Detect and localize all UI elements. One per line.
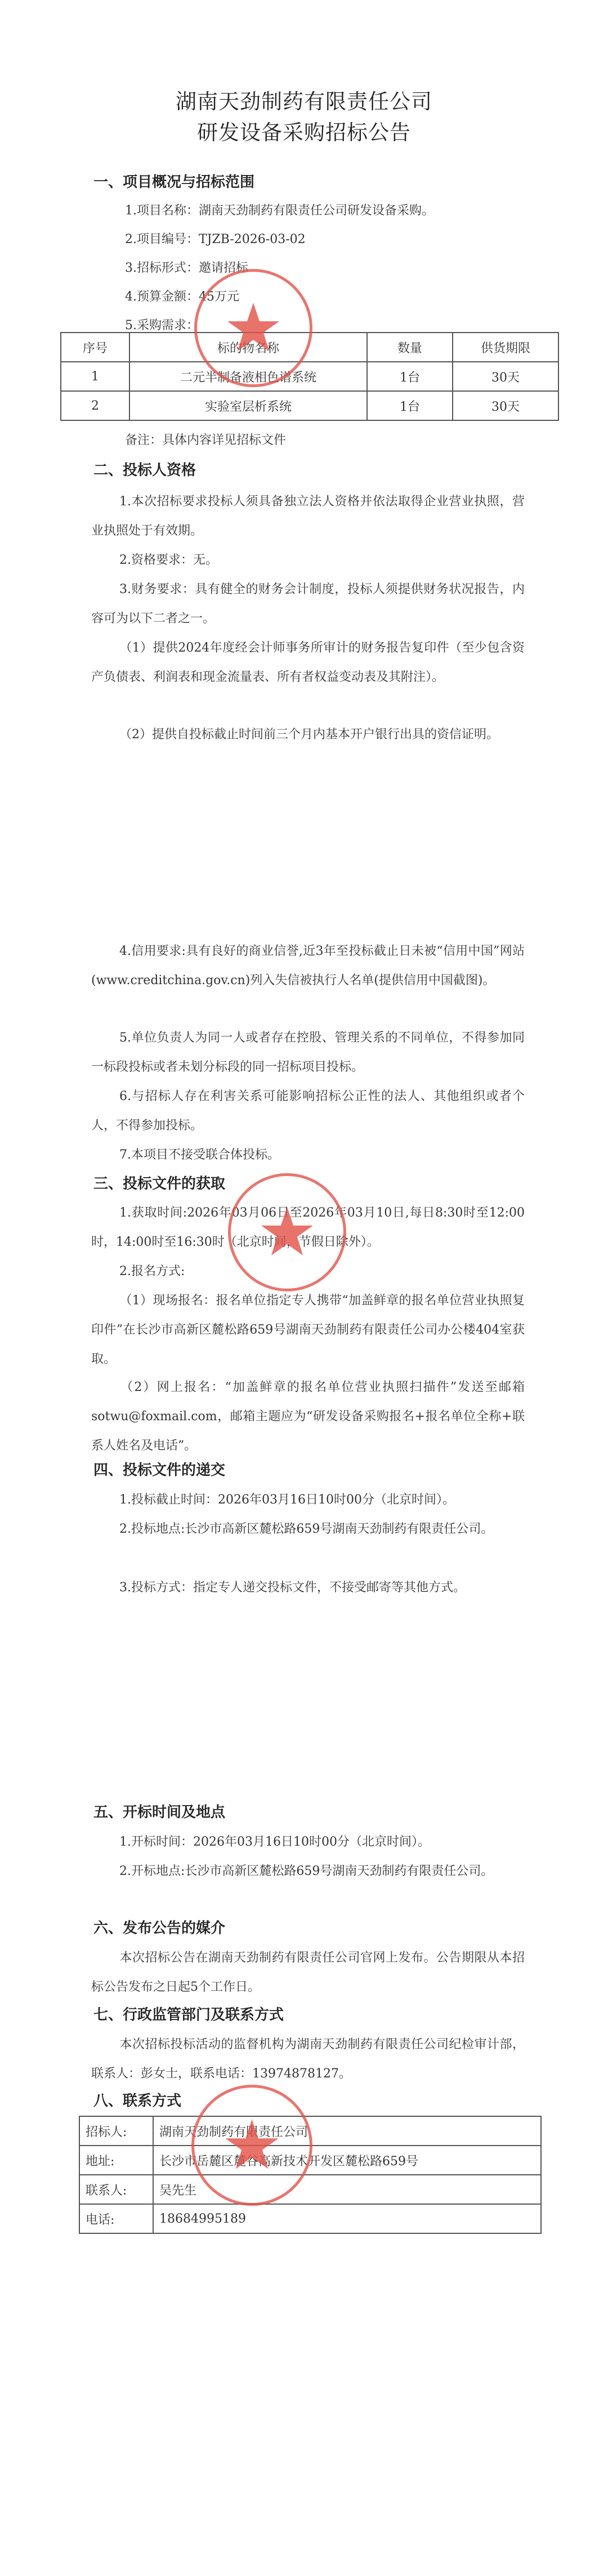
- paragraph-text: 1.获取时间:2026年03月06日至2026年03月10日,每日8:30时至1…: [91, 1206, 525, 1249]
- paragraph-text: （2）提供自投标截止时间前三个月内基本开户银行出具的资信证明。: [119, 728, 499, 742]
- paragraph-text: 1.开标时间：2026年03月16日10时00分（北京时间）。: [119, 1835, 430, 1849]
- project-name: 1.项目名称：湖南天劲制药有限责任公司研发设备采购。: [125, 201, 434, 218]
- tender-type: 3.招标形式：邀请招标: [125, 258, 248, 276]
- table-header-row: 序号 标的物名称 数量 供货期限: [61, 333, 558, 362]
- opening-location: 2.开标地点:长沙市高新区麓松路659号湖南天劲制药有限责任公司。: [91, 1857, 525, 1886]
- cell-item-name: 二元半制备液相色谱系统: [129, 362, 367, 391]
- table-note: 备注：具体内容详见招标文件: [125, 430, 286, 448]
- value-phone: 18684995189: [153, 2204, 541, 2233]
- paragraph-text: 2.报名方式:: [119, 1264, 185, 1278]
- section8-heading: 八、联系方式: [93, 2089, 181, 2110]
- paragraph-text: 2.资格要求：无。: [119, 553, 218, 567]
- cell-delivery: 30天: [453, 391, 558, 420]
- acquisition-time: 1.获取时间:2026年03月06日至2026年03月10日,每日8:30时至1…: [91, 1199, 525, 1257]
- paragraph-text: 1.投标截止时间：2026年03月16日10时00分（北京时间）。: [119, 1493, 455, 1507]
- label-address: 地址:: [79, 2146, 153, 2175]
- col-header-quantity: 数量: [367, 333, 453, 362]
- procurement-needs-label: 5.采购需求：: [125, 316, 199, 333]
- qualification-4: 4.信用要求:具有良好的商业信誉,近3年至投标截止日未被“信用中国”网站(www…: [91, 937, 525, 995]
- value-address: 长沙市岳麓区麓谷高新技术开发区麓松路659号: [153, 2146, 541, 2175]
- procurement-table: 序号 标的物名称 数量 供货期限 1 二元半制备液相色谱系统 1台 30天 2 …: [60, 332, 559, 421]
- registration-method: 2.报名方式:: [91, 1257, 525, 1286]
- qualification-3-1: （1）提供2024年度经会计师事务所审计的财务报告复印件（至少包含资产负债表、利…: [91, 634, 525, 692]
- online-registration: （2）网上报名：“加盖鲜章的报名单位营业执照扫描件”发送至邮箱sotwu@fox…: [91, 1373, 525, 1461]
- qualification-2: 2.资格要求：无。: [91, 546, 525, 575]
- paragraph-text: 1.本次招标要求投标人须具备独立法人资格并依法取得企业营业执照，营业执照处于有效…: [91, 495, 525, 538]
- table-row: 招标人: 湖南天劲制药有限责任公司: [79, 2116, 541, 2146]
- paragraph-text: 3.投标方式：指定专人递交投标文件，不接受邮寄等其他方式。: [119, 1581, 466, 1595]
- section6-heading: 六、发布公告的媒介: [93, 1917, 225, 1937]
- label-tenderer: 招标人:: [79, 2116, 153, 2146]
- table-row: 2 实验室层析系统 1台 30天: [61, 391, 558, 420]
- document-title-line2: 研发设备采购招标公告: [0, 115, 608, 146]
- qualification-7: 7.本项目不接受联合体投标。: [91, 1141, 525, 1170]
- paragraph-text: 4.信用要求:具有良好的商业信誉,近3年至投标截止日未被“信用中国”网站(www…: [91, 944, 525, 988]
- opening-time: 1.开标时间：2026年03月16日10时00分（北京时间）。: [91, 1828, 525, 1857]
- onsite-registration: （1）现场报名：报名单位指定专人携带“加盖鲜章的报名单位营业执照复印件”在长沙市…: [91, 1286, 525, 1374]
- bid-method: 3.投标方式：指定专人递交投标文件，不接受邮寄等其他方式。: [91, 1573, 525, 1603]
- paragraph-text: 3.财务要求：具有健全的财务会计制度，投标人须提供财务状况报告，内容可为以下二者…: [91, 582, 525, 626]
- paragraph-text: 本次招标投标活动的监督机构为湖南天劲制药有限责任公司纪检审计部，联系人：彭女士，…: [91, 2038, 525, 2081]
- qualification-3: 3.财务要求：具有健全的财务会计制度，投标人须提供财务状况报告，内容可为以下二者…: [91, 575, 525, 634]
- paragraph-text: （2）网上报名：“加盖鲜章的报名单位营业执照扫描件”发送至邮箱sotwu@fox…: [91, 1380, 525, 1453]
- cell-index: 1: [61, 362, 129, 391]
- qualification-3-2: （2）提供自投标截止时间前三个月内基本开户银行出具的资信证明。: [91, 720, 525, 750]
- supervision-info: 本次招标投标活动的监督机构为湖南天劲制药有限责任公司纪检审计部，联系人：彭女士，…: [91, 2030, 525, 2089]
- qualification-6: 6.与招标人存在利害关系可能影响招标公正性的法人、其他组织或者个人，不得参加投标…: [91, 1082, 525, 1141]
- cell-item-name: 实验室层析系统: [129, 391, 367, 420]
- table-row: 电话: 18684995189: [79, 2204, 541, 2233]
- qualification-5: 5.单位负责人为同一人或者存在控股、管理关系的不同单位，不得参加同一标段投标或者…: [91, 1024, 525, 1082]
- project-number: 2.项目编号：TJZB-2026-03-02: [125, 230, 306, 247]
- section5-heading: 五、开标时间及地点: [93, 1801, 225, 1821]
- paragraph-text: （1）现场报名：报名单位指定专人携带“加盖鲜章的报名单位营业执照复印件”在长沙市…: [91, 1294, 525, 1366]
- value-contact-person: 吴先生: [153, 2175, 541, 2204]
- paragraph-text: 本次招标公告在湖南天劲制药有限责任公司官网上发布。公告期限从本招标公告发布之日起…: [91, 1951, 525, 1994]
- label-contact-person: 联系人:: [79, 2175, 153, 2204]
- budget-amount: 4.预算金额：45万元: [125, 287, 239, 304]
- cell-quantity: 1台: [367, 362, 453, 391]
- col-header-index: 序号: [61, 333, 129, 362]
- paragraph-text: （1）提供2024年度经会计师事务所审计的财务报告复印件（至少包含资产负债表、利…: [91, 641, 525, 684]
- publication-media: 本次招标公告在湖南天劲制药有限责任公司官网上发布。公告期限从本招标公告发布之日起…: [91, 1944, 525, 2002]
- section7-heading: 七、行政监管部门及联系方式: [93, 2003, 284, 2024]
- table-row: 1 二元半制备液相色谱系统 1台 30天: [61, 362, 558, 391]
- table-row: 联系人: 吴先生: [79, 2175, 541, 2204]
- qualification-1: 1.本次招标要求投标人须具备独立法人资格并依法取得企业营业执照，营业执照处于有效…: [91, 487, 525, 546]
- section1-heading: 一、项目概况与招标范围: [93, 170, 254, 191]
- paragraph-text: 5.单位负责人为同一人或者存在控股、管理关系的不同单位，不得参加同一标段投标或者…: [91, 1031, 525, 1074]
- cell-quantity: 1台: [367, 391, 453, 420]
- bid-deadline: 1.投标截止时间：2026年03月16日10时00分（北京时间）。: [91, 1486, 525, 1515]
- section3-heading: 三、投标文件的获取: [93, 1172, 225, 1193]
- cell-delivery: 30天: [453, 362, 558, 391]
- paragraph-text: 2.投标地点:长沙市高新区麓松路659号湖南天劲制药有限责任公司。: [119, 1522, 493, 1536]
- document-title-line1: 湖南天劲制药有限责任公司: [0, 84, 608, 115]
- paragraph-text: 6.与招标人存在利害关系可能影响招标公正性的法人、其他组织或者个人，不得参加投标…: [91, 1089, 525, 1133]
- table-row: 地址: 长沙市岳麓区麓谷高新技术开发区麓松路659号: [79, 2146, 541, 2175]
- contact-table: 招标人: 湖南天劲制药有限责任公司 地址: 长沙市岳麓区麓谷高新技术开发区麓松路…: [79, 2116, 542, 2234]
- label-phone: 电话:: [79, 2204, 153, 2233]
- section2-heading: 二、投标人资格: [93, 459, 196, 479]
- col-header-delivery: 供货期限: [453, 333, 558, 362]
- col-header-item-name: 标的物名称: [129, 333, 367, 362]
- cell-index: 2: [61, 391, 129, 420]
- paragraph-text: 7.本项目不接受联合体投标。: [119, 1148, 280, 1162]
- bid-location: 2.投标地点:长沙市高新区麓松路659号湖南天劲制药有限责任公司。: [91, 1515, 525, 1544]
- value-tenderer: 湖南天劲制药有限责任公司: [153, 2116, 541, 2146]
- section4-heading: 四、投标文件的递交: [93, 1458, 225, 1479]
- paragraph-text: 2.开标地点:长沙市高新区麓松路659号湖南天劲制药有限责任公司。: [119, 1864, 493, 1878]
